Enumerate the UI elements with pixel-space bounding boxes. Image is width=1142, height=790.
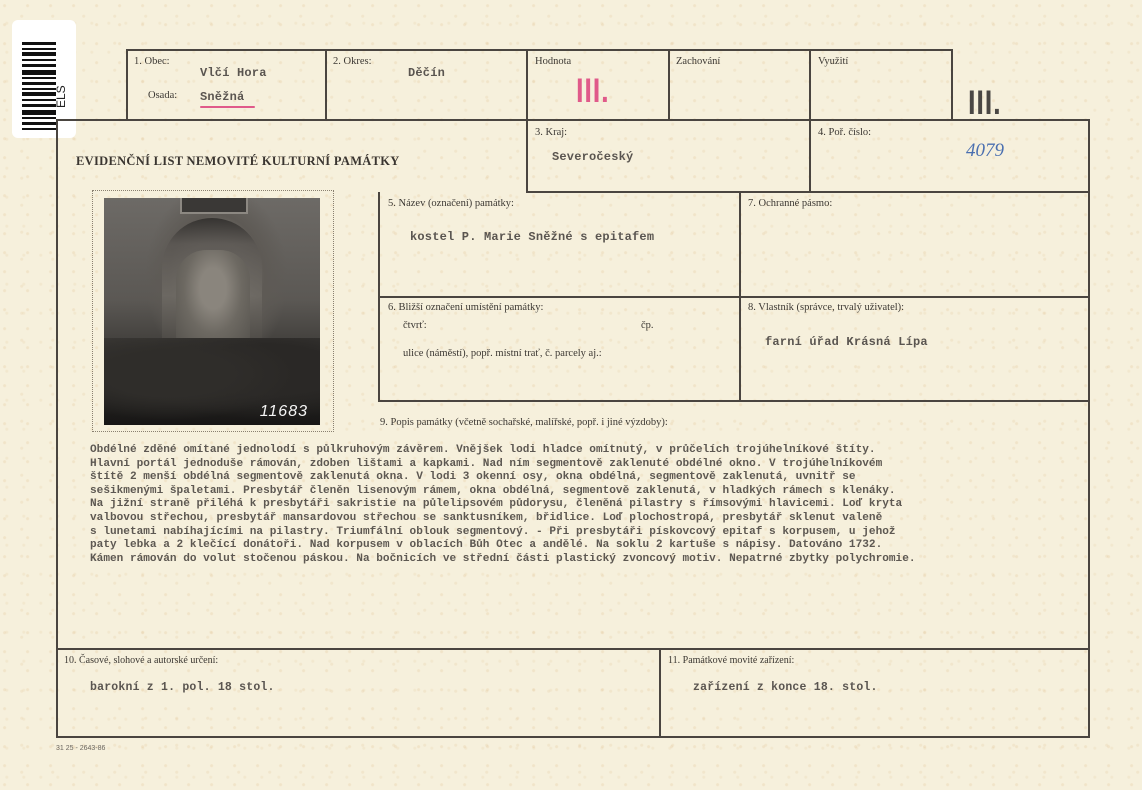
poradove-cislo-label: 4. Poř. číslo: xyxy=(818,127,871,138)
vlastnik-label: 8. Vlastník (správce, trvalý uživatel): xyxy=(748,302,904,313)
divider xyxy=(126,49,128,121)
umisteni-label: 6. Bližší označení umístění památky: xyxy=(388,302,543,313)
zarizeni-label: 11. Památkové movité zařízení: xyxy=(668,655,794,666)
ulice-label: ulice (náměstí), popř. místní trať, č. p… xyxy=(403,348,602,359)
osada-underline xyxy=(200,106,255,108)
nazev-value: kostel P. Marie Sněžné s epitafem xyxy=(410,230,654,244)
osada-label: Osada: xyxy=(148,90,177,101)
form-title: EVIDENČNÍ LIST NEMOVITÉ KULTURNÍ PAMÁTKY xyxy=(76,154,400,169)
print-code: 31 25 - 2643-86 xyxy=(56,745,105,752)
cp-label: čp. xyxy=(641,320,654,331)
box-bottom xyxy=(378,400,1090,402)
photo-number: 11683 xyxy=(260,403,308,421)
zachovani-label: Zachování xyxy=(676,56,720,67)
okres-value: Děčín xyxy=(408,66,445,80)
poradove-cislo-value: 4079 xyxy=(966,140,1004,162)
monument-photo: 11683 xyxy=(104,198,320,425)
popis-line: Na jižní straně přiléhá k presbytáři sak… xyxy=(90,498,1080,512)
barcode-text: ELS xyxy=(54,85,68,108)
bottom-divider xyxy=(659,648,661,737)
header-bottom-border xyxy=(56,119,1090,121)
popis-line: valbovou střechou, presbytář mansardovou… xyxy=(90,512,1080,526)
popis-label: 9. Popis památky (včetně sochařské, malí… xyxy=(380,417,668,428)
obec-value: Vlčí Hora xyxy=(200,66,267,80)
nazev-label: 5. Název (označení) památky: xyxy=(388,198,514,209)
divider xyxy=(809,49,811,192)
frame-left xyxy=(56,119,58,737)
zarizeni-value: zařízení z konce 18. stol. xyxy=(693,681,878,694)
category-mark: III. xyxy=(968,84,1001,123)
divider xyxy=(668,49,670,121)
vyuziti-label: Využití xyxy=(818,56,848,67)
frame-bottom xyxy=(56,736,1090,738)
hodnota-stamp: III. xyxy=(576,72,609,111)
urceni-value: barokní z 1. pol. 18 stol. xyxy=(90,681,275,694)
divider xyxy=(951,49,953,121)
row-divider xyxy=(526,191,1090,193)
popis-line: Obdélné zděné omítané jednolodí s půlkru… xyxy=(90,444,1080,458)
popis-line: štítě 2 menší obdélná segmentově zaklenu… xyxy=(90,471,1080,485)
kraj-value: Severočeský xyxy=(552,150,633,164)
photo-epitaph-relief xyxy=(176,250,250,346)
okres-label: 2. Okres: xyxy=(333,56,372,67)
ochranne-pasmo-label: 7. Ochranné pásmo: xyxy=(748,198,832,209)
ctvrt-label: čtvrť: xyxy=(403,320,427,331)
popis-line: Kámen rámován do volut stočenou páskou. … xyxy=(90,553,1080,567)
bottom-row-top xyxy=(56,648,1090,650)
hodnota-label: Hodnota xyxy=(535,56,571,67)
vlastnik-value: farní úřad Krásná Lípa xyxy=(765,335,928,349)
obec-label: 1. Obec: xyxy=(134,56,170,67)
popis-line: sešikmenými špaletami. Presbytář členěn … xyxy=(90,485,1080,499)
photo-window xyxy=(180,198,248,214)
popis-text: Obdélné zděné omítané jednolodí s půlkru… xyxy=(90,444,1080,566)
barcode-icon xyxy=(22,42,56,130)
frame-right xyxy=(1088,119,1090,737)
box-row-divider xyxy=(378,296,1090,298)
divider xyxy=(526,49,528,192)
divider xyxy=(325,49,327,121)
popis-line: paty lebka a 2 klečící donátoři. Nad kor… xyxy=(90,539,1080,553)
popis-line: Hlavní portál jednoduše rámován, zdoben … xyxy=(90,458,1080,472)
popis-line: s lunetami nabíhajícími na pilastry. Tri… xyxy=(90,526,1080,540)
kraj-label: 3. Kraj: xyxy=(535,127,567,138)
urceni-label: 10. Časové, slohové a autorské určení: xyxy=(64,655,218,666)
osada-value: Sněžná xyxy=(200,90,244,104)
header-top-border xyxy=(126,49,952,51)
